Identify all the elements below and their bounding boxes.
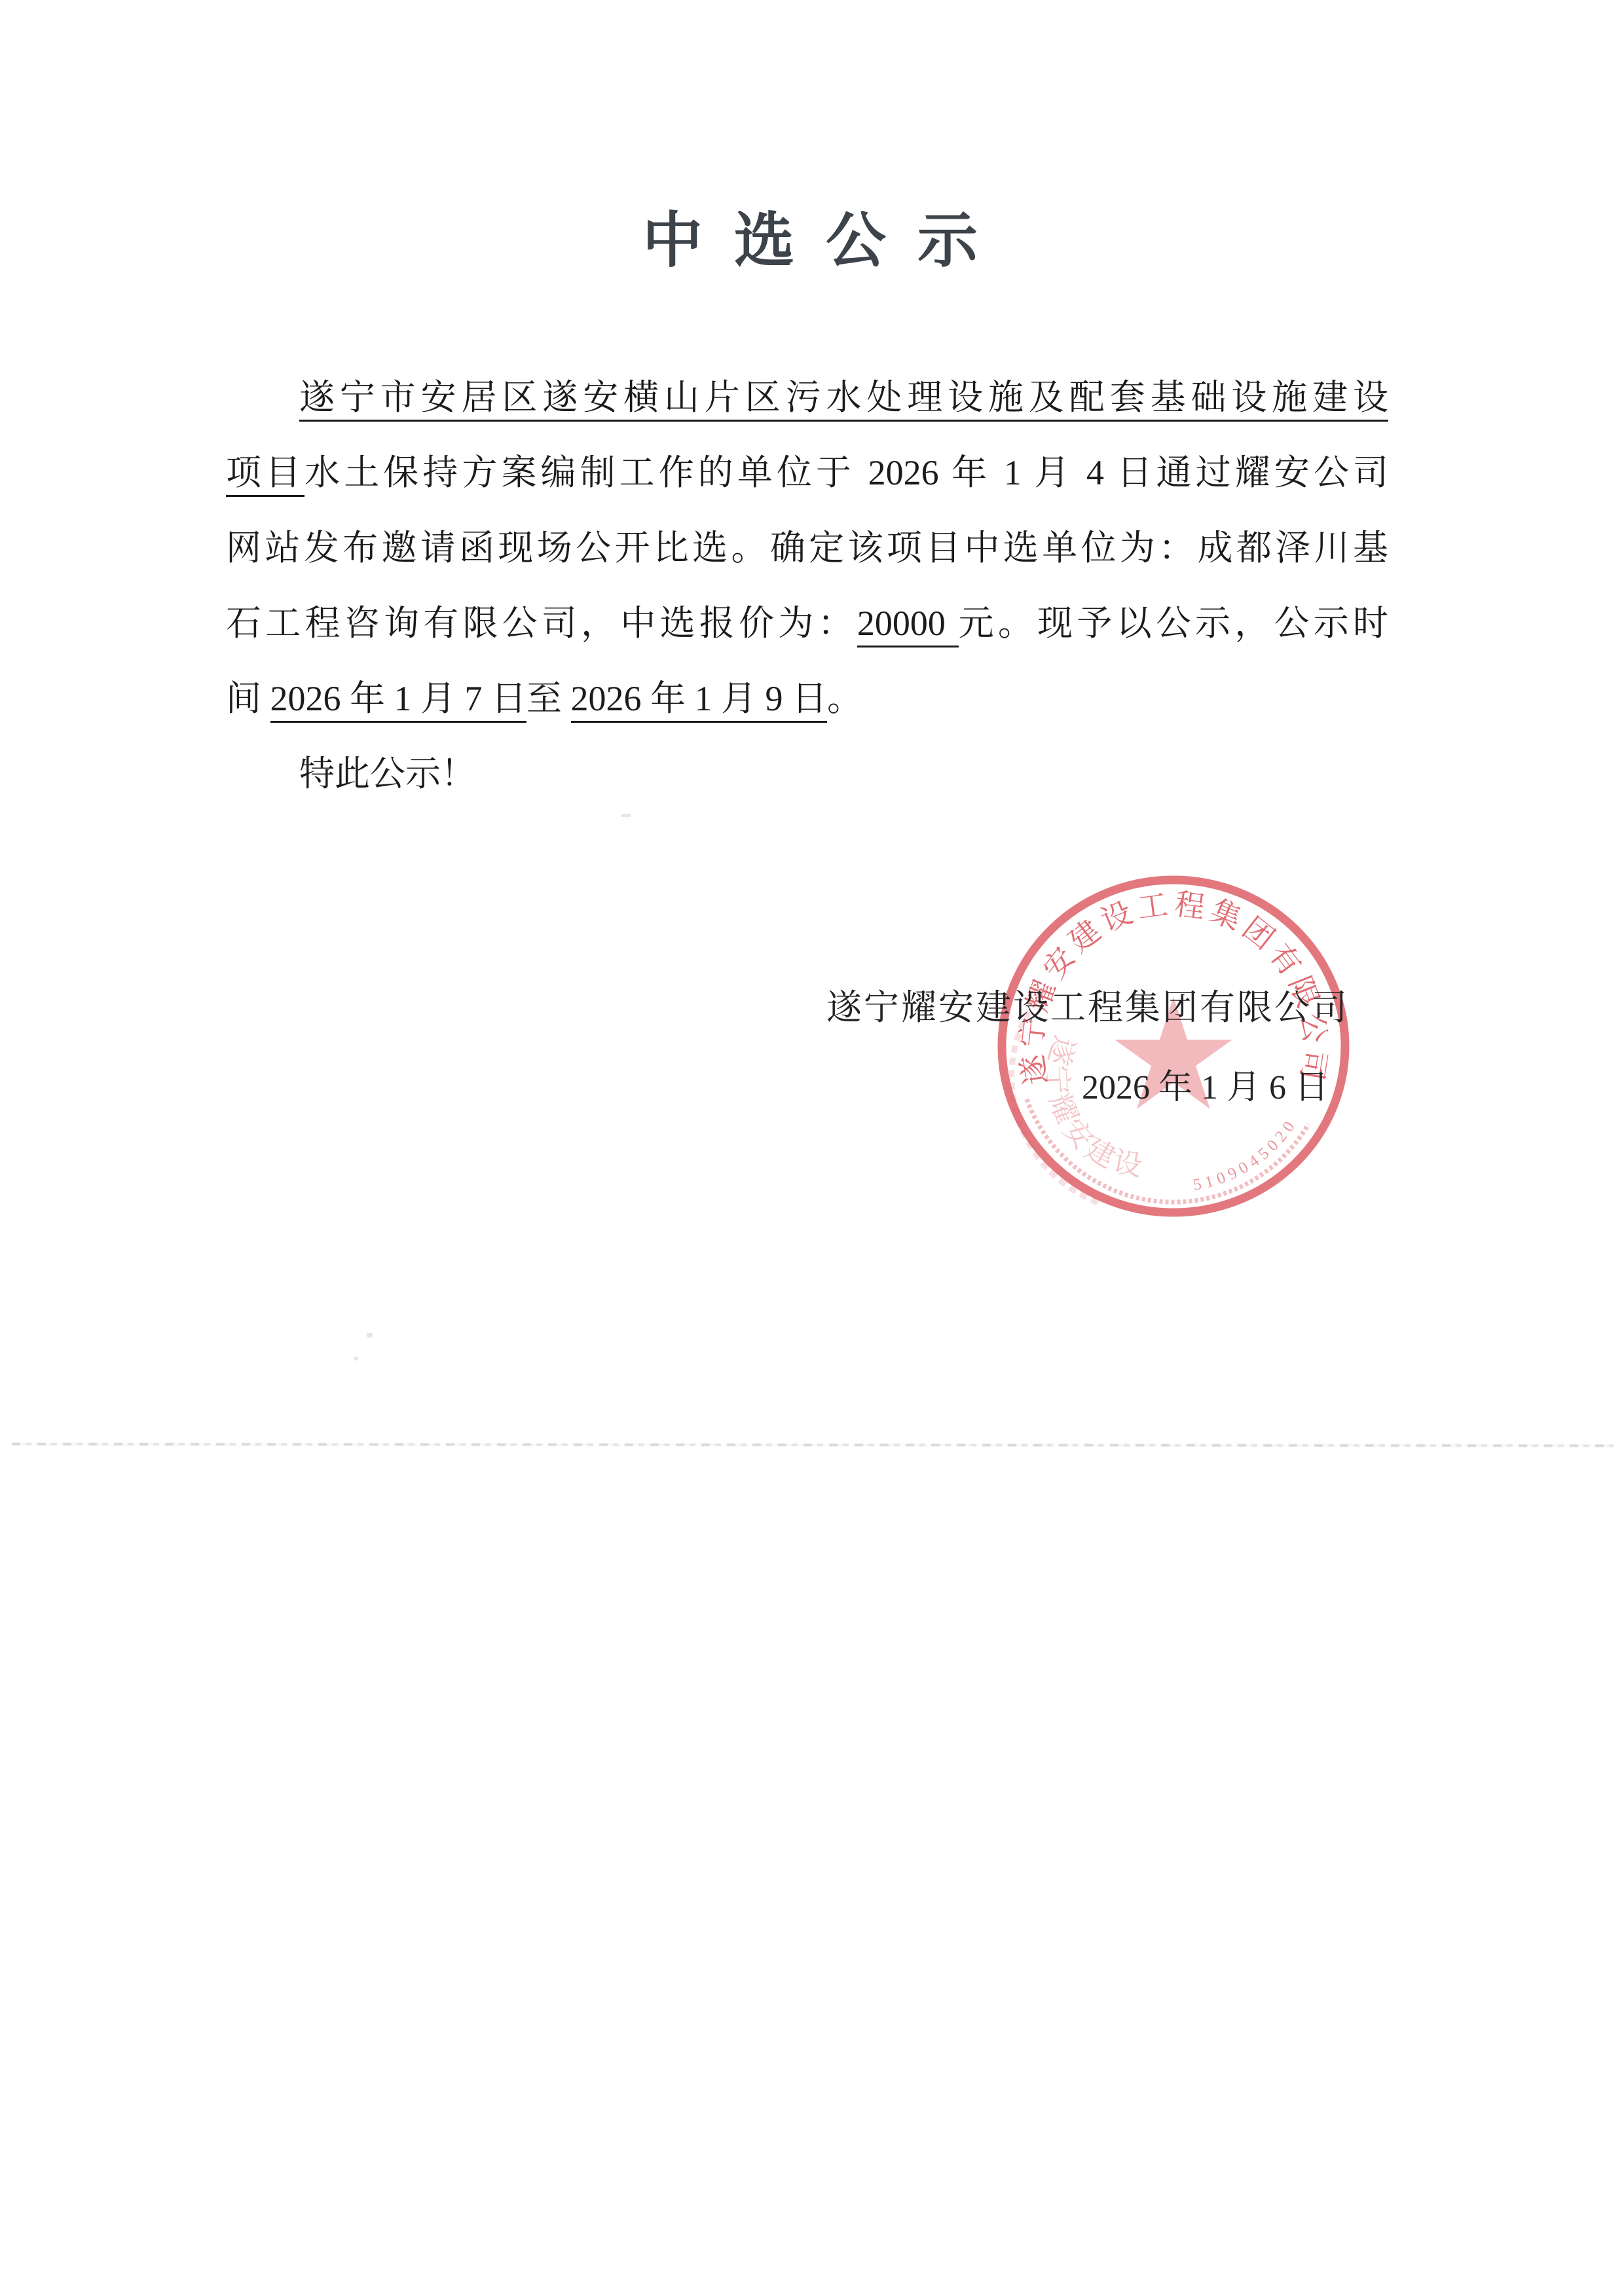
body-line: 石工程咨询有限公司，中选报价为：20000 元。现予以公示，公示时: [226, 586, 1388, 661]
scan-speck: [621, 814, 631, 817]
underlined-text: 项目: [226, 453, 304, 497]
underlined-text: 2026 年 1 月 7 日: [270, 679, 527, 723]
text-run: 水土保持方案编制工作的单位于 2026 年 1 月 4 日通过耀安公司: [304, 453, 1388, 492]
scan-speck: [367, 1333, 373, 1338]
scan-artifact-line: [12, 1443, 1614, 1448]
body-line: 特此公示！: [226, 737, 1388, 812]
text-run: 网站发布邀请函现场公开比选。确定该项目中选单位为：成都泽川基: [226, 528, 1388, 568]
company-seal-stamp: 遂宁耀安建设 遂宁耀安建设工程集团有限公司 5109045020: [982, 867, 1375, 1234]
text-run: 。: [827, 679, 862, 718]
body-line: 间 2026 年 1 月 7 日至 2026 年 1 月 9 日。: [226, 661, 1388, 737]
document-title: 中选公示: [0, 192, 1624, 279]
text-run: 至: [526, 679, 571, 718]
body-line: 项目水土保持方案编制工作的单位于 2026 年 1 月 4 日通过耀安公司: [226, 435, 1388, 511]
announcement-body: 遂宁市安居区遂安横山片区污水处理设施及配套基础设施建设项目水土保持方案编制工作的…: [226, 360, 1388, 812]
underlined-text: 20000: [857, 604, 959, 647]
text-run: 间: [226, 679, 270, 718]
document-page: 中选公示 遂宁市安居区遂安横山片区污水处理设施及配套基础设施建设项目水土保持方案…: [0, 0, 1624, 2296]
body-line: 遂宁市安居区遂安横山片区污水处理设施及配套基础设施建设: [226, 360, 1388, 435]
underlined-text: 遂宁市安居区遂安横山片区污水处理设施及配套基础设施建设: [299, 378, 1388, 422]
text-run: 特此公示！: [299, 754, 476, 793]
text-run: 元。现予以公示，公示时: [959, 604, 1388, 643]
underlined-text: 2026 年 1 月 9 日: [571, 679, 828, 723]
signer-company: 遂宁耀安建设工程集团有限公司: [826, 979, 1349, 1030]
text-run: 石工程咨询有限公司，中选报价为：: [226, 604, 857, 643]
scan-speck: [354, 1357, 358, 1360]
signing-date: 2026 年 1 月 6 日: [1082, 1059, 1329, 1108]
body-line: 网站发布邀请函现场公开比选。确定该项目中选单位为：成都泽川基: [226, 511, 1388, 586]
